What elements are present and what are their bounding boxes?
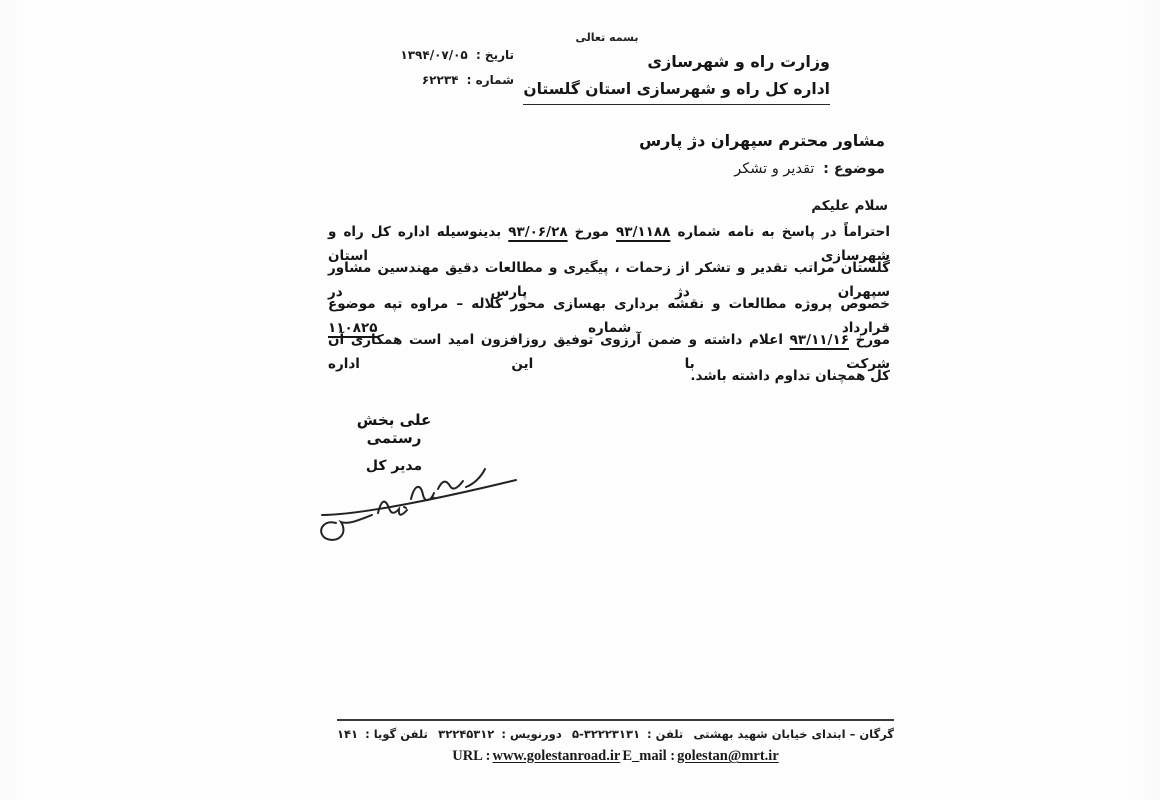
scanned-letter-page: بسمه تعالی وزارت راه و شهرسازی اداره کل …: [0, 0, 1160, 800]
subject-label: موضوع :: [823, 161, 885, 177]
department-name: اداره کل راه و شهرسازی استان گلستان: [523, 80, 830, 105]
phone-item: تلفن : ۳۲۲۲۳۱۳۱-۵: [572, 727, 683, 741]
bismillah-text: بسمه تعالی: [562, 31, 652, 44]
letter-date: تاریخ : ۱۳۹۴/۰۷/۰۵: [400, 48, 514, 62]
footer-web-row: URL :www.golestanroad.irE_mail :golestan…: [337, 748, 894, 765]
body-line-4: مورخ ۹۳/۱۱/۱۶ اعلام داشته و ضمن آرزوی تو…: [328, 328, 890, 364]
number-label: شماره :: [467, 73, 514, 87]
letterhead: وزارت راه و شهرسازی اداره کل راه و شهرسا…: [523, 52, 830, 105]
phone-value: ۳۲۲۲۳۱۳۱-۵: [572, 727, 640, 741]
url-label: URL :: [452, 748, 490, 764]
fax-label: دورنویس :: [501, 727, 561, 741]
letter-meta: تاریخ : ۱۳۹۴/۰۷/۰۵ شماره : ۶۲۲۳۴: [400, 48, 514, 98]
body-line-3: خصوص پروژه مطالعات و نقشه برداری بهسازی …: [328, 292, 890, 328]
recipient-line: مشاور محترم سپهران دژ پارس: [639, 131, 885, 150]
subject-line: موضوع : تقدیر و تشکر: [734, 161, 885, 177]
ref-letter-number: ۹۳/۱۱۸۸: [616, 224, 670, 240]
voice-phone-value: ۱۴۱: [337, 727, 358, 741]
contract-date: ۹۳/۱۱/۱۶: [790, 332, 849, 348]
ref-letter-date: ۹۳/۰۶/۲۸: [508, 224, 567, 240]
body-line-2: گلستان مراتب تقدیر و تشکر از زحمات ، پیگ…: [328, 256, 890, 292]
body-text: مورخ: [568, 224, 616, 240]
subject-value: تقدیر و تشکر: [734, 161, 814, 177]
fax-item: دورنویس : ۳۲۲۴۵۳۱۲: [438, 727, 562, 741]
letter-body: احتراماً در پاسخ به نامه شماره ۹۳/۱۱۸۸ م…: [328, 220, 890, 400]
body-text: احتراماً در پاسخ به نامه شماره: [670, 224, 890, 240]
ministry-name: وزارت راه و شهرسازی: [523, 52, 830, 71]
phone-label: تلفن :: [647, 727, 683, 741]
voice-phone-item: تلفن گویا : ۱۴۱: [337, 727, 428, 741]
number-value: ۶۲۲۳۴: [422, 73, 459, 87]
letter-number: شماره : ۶۲۲۳۴: [400, 73, 514, 87]
date-value: ۱۳۹۴/۰۷/۰۵: [400, 48, 467, 62]
date-label: تاریخ :: [476, 48, 514, 62]
email-address: golestan@mrt.ir: [677, 748, 779, 764]
email-label: E_mail :: [622, 748, 675, 764]
body-line-1: احتراماً در پاسخ به نامه شماره ۹۳/۱۱۸۸ م…: [328, 220, 890, 256]
office-address: گرگان – ابتدای خیابان شهید بهشتی: [694, 727, 894, 741]
fax-value: ۳۲۲۴۵۳۱۲: [438, 727, 494, 741]
body-text: مورخ: [849, 332, 890, 348]
salutation: سلام علیکم: [811, 198, 888, 214]
signature-scribble: [316, 447, 521, 542]
website-url: www.golestanroad.ir: [493, 748, 621, 764]
footer-contact-row: گرگان – ابتدای خیابان شهید بهشتی تلفن : …: [337, 727, 894, 741]
signer-name: علی بخش رستمی: [328, 411, 460, 447]
voice-phone-label: تلفن گویا :: [365, 727, 428, 741]
footer-divider: [337, 719, 894, 721]
